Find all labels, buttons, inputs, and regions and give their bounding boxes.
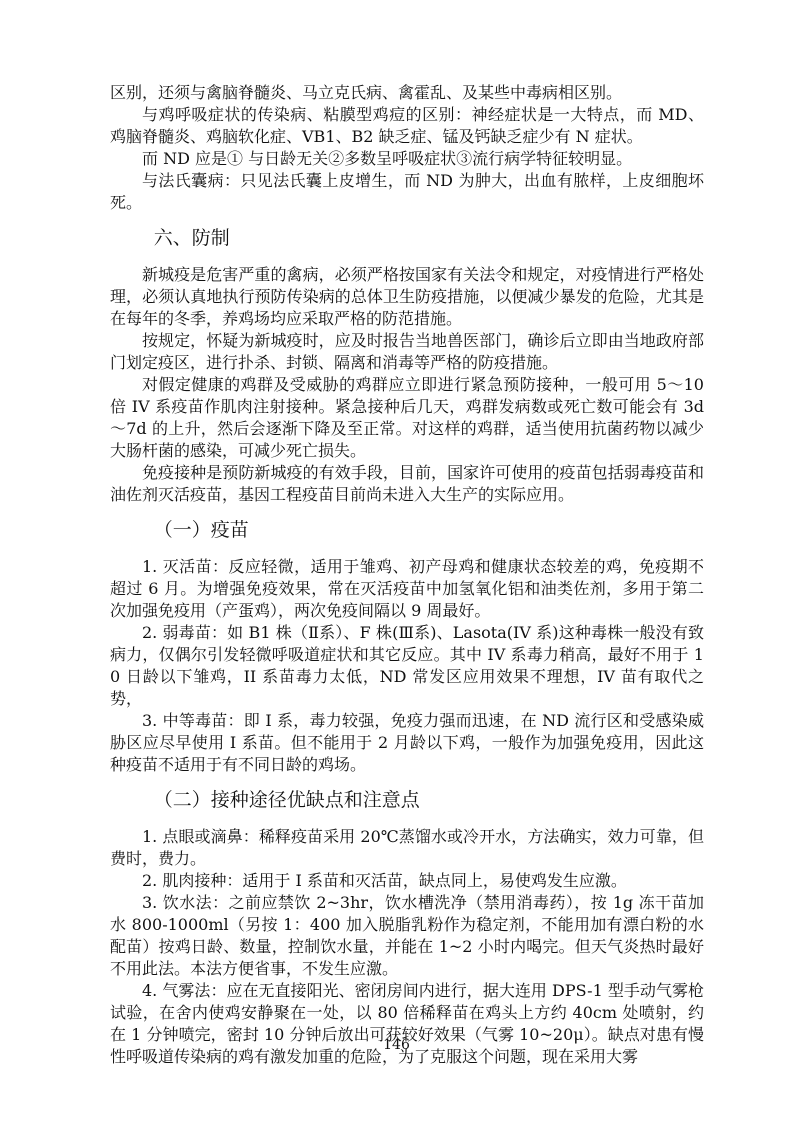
paragraph-emergency-vaccination: 对假定健康的鸡群及受威胁的鸡群应立即进行紧急预防接种，一般可用 5～10 倍 I… bbox=[110, 374, 704, 462]
document-page: 区别，还须与禽脑脊髓炎、马立克氏病、禽霍乱、及某些中毒病相区别。 与鸡呼吸症状的… bbox=[0, 0, 793, 1122]
paragraph-inactivated-vaccine: 1. 灭活苗：反应轻微，适用于雏鸡、初产母鸡和健康状态较差的鸡，免疫期不超过 6… bbox=[110, 556, 704, 622]
paragraph-nd-features: 而 ND 应是① 与日龄无关②多数呈呼吸症状③流行病学特征较明显。 bbox=[110, 148, 704, 170]
paragraph-drinking-water-method: 3. 饮水法：之前应禁饮 2~3hr，饮水槽洗净（禁用消毒药），按 1g 冻干苗… bbox=[110, 892, 704, 980]
page-content: 区别，还须与禽脑脊髓炎、马立克氏病、禽霍乱、及某些中毒病相区别。 与鸡呼吸症状的… bbox=[110, 82, 704, 1068]
paragraph-national-regulations: 新城疫是危害严重的禽病，必须严格按国家有关法令和规定，对疫情进行严格处理，必须认… bbox=[110, 264, 704, 330]
paragraph-differential-respiratory: 与鸡呼吸症状的传染病、粘膜型鸡痘的区别：神经症状是一大特点，而 MD、鸡脑脊髓炎… bbox=[110, 104, 704, 148]
paragraph-immunization-overview: 免疫接种是预防新城疫的有效手段，目前，国家许可使用的疫苗包括弱毒疫苗和油佐剂灭活… bbox=[110, 462, 704, 506]
paragraph-report-and-quarantine: 按规定，怀疑为新城疫时，应及时报告当地兽医部门，确诊后立即由当地政府部门划定疫区… bbox=[110, 330, 704, 374]
paragraph-mesogenic-vaccine: 3. 中等毒苗：即 I 系，毒力较强，免疫力强而迅速，在 ND 流行区和受感染威… bbox=[110, 710, 704, 776]
page-number: 146 bbox=[0, 1036, 793, 1054]
subsection-heading-routes: （二）接种途径优缺点和注意点 bbox=[110, 787, 704, 813]
paragraph-continuation: 区别，还须与禽脑脊髓炎、马立克氏病、禽霍乱、及某些中毒病相区别。 bbox=[110, 82, 704, 104]
paragraph-bursal-disease: 与法氏囊病：只见法氏囊上皮增生，而 ND 为肿大，出血有脓样，上皮细胞坏死。 bbox=[110, 170, 704, 214]
paragraph-aerosol-method: 4. 气雾法：应在无直接阳光、密闭房间内进行，据大连用 DPS-1 型手动气雾枪… bbox=[110, 980, 704, 1068]
paragraph-intramuscular-method: 2. 肌肉接种：适用于 I 系苗和灭活苗，缺点同上，易使鸡发生应激。 bbox=[110, 870, 704, 892]
section-heading-prevention: 六、防制 bbox=[110, 225, 704, 251]
subsection-heading-vaccines: （一）疫苗 bbox=[110, 517, 704, 543]
paragraph-eye-drop-method: 1. 点眼或滴鼻：稀释疫苗采用 20℃蒸馏水或冷开水，方法确实，效力可靠，但费时… bbox=[110, 826, 704, 870]
paragraph-attenuated-vaccine: 2. 弱毒苗：如 B1 株（Ⅱ系）、F 株(Ⅲ系)、Lasota(IV 系)这种… bbox=[110, 622, 704, 710]
